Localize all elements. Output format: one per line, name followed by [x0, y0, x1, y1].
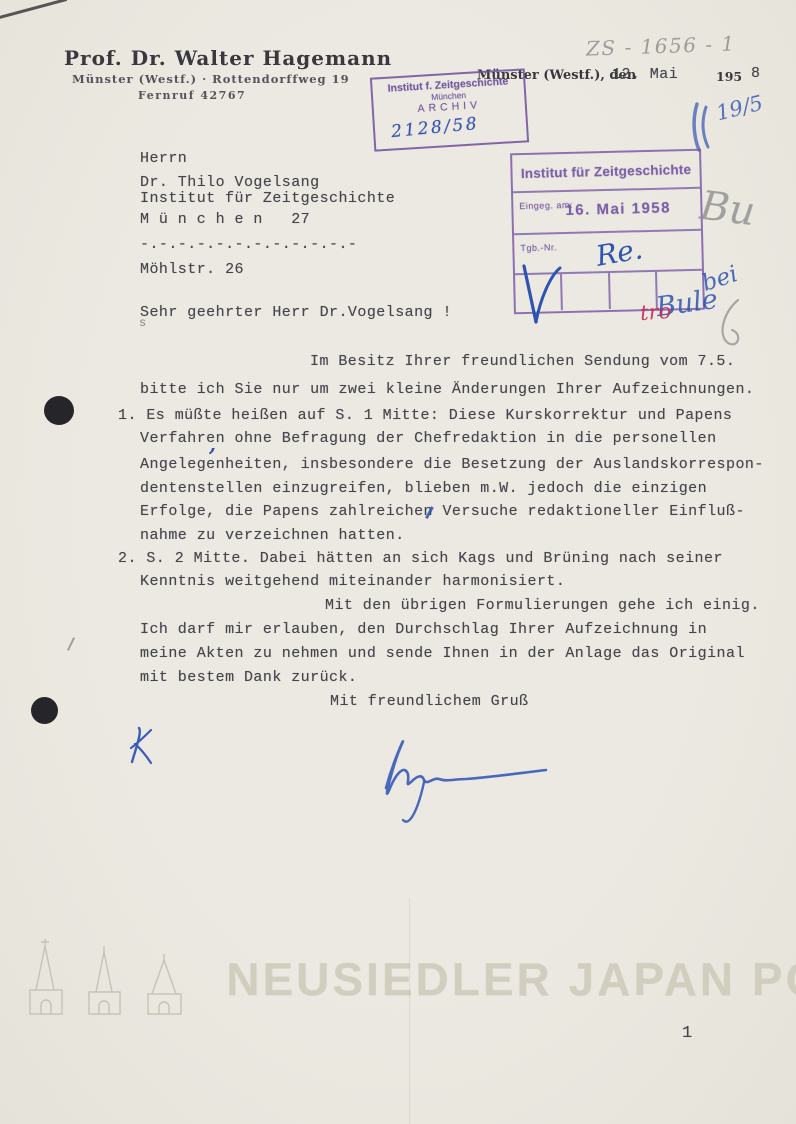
stamp-cell — [562, 273, 610, 310]
entry-stamp-received-row: Eingeg. am: 16. Mai 1958 — [513, 189, 701, 236]
letterhead-address: Münster (Westf.) · Rottendorffweg 19 — [72, 72, 350, 86]
fold-crease — [409, 898, 410, 1124]
archive-signature-note: ZS - 1656 - 1 — [586, 31, 736, 60]
journal-label: Tgb.-Nr. — [520, 242, 557, 253]
body-line: Angelegenheiten, insbesondere die Besetz… — [140, 456, 764, 473]
year-printed: 195 — [716, 69, 742, 84]
body-line: dentenstellen einzugreifen, blieben m.W.… — [140, 480, 707, 497]
blue-tick-mark — [688, 100, 716, 154]
letterhead-name: Prof. Dr. Walter Hagemann — [64, 46, 392, 70]
blue-date-note: 19/5 — [714, 91, 766, 126]
watermark-brand-text: NEUSIEDLER JAPAN POST — [226, 952, 796, 1006]
pencil-loop-mark — [712, 296, 746, 350]
page-number: 1 — [682, 1024, 693, 1043]
corner-crease-mark — [0, 0, 67, 21]
recipient-city: M ü n c h e n 27 — [140, 211, 310, 228]
pencil-initials-note: Bu — [697, 183, 757, 235]
body-line: 2. S. 2 Mitte. Dabei hätten an sich Kags… — [118, 550, 723, 567]
body-line: meine Akten zu nehmen und sende Ihnen in… — [140, 645, 745, 662]
body-line: 1. Es müßte heißen auf S. 1 Mitte: Diese… — [118, 407, 732, 424]
recipient-herrn: Herrn — [140, 150, 187, 167]
body-line: mit bestem Dank zurück. — [140, 669, 357, 686]
recipient-name: Dr. Thilo Vogelsang — [140, 174, 320, 191]
year-typed: 8 — [751, 65, 760, 82]
pencil-tick-mark — [67, 637, 75, 650]
body-line: Kenntnis weitgehend miteinander harmonis… — [140, 573, 565, 590]
date-typed: 12. Mai — [612, 66, 678, 83]
overstrike-char: s — [139, 316, 147, 330]
punch-hole — [44, 396, 74, 425]
signature-hagemann — [348, 724, 558, 834]
body-line: nahme zu verzeichnen hatten. — [140, 527, 405, 544]
body-line: Mit freundlichem Gruß — [330, 693, 528, 710]
body-line: Im Besitz Ihrer freundlichen Sendung vom… — [310, 353, 735, 370]
inserted-comma-mark: , — [209, 432, 216, 456]
entry-stamp-title: Institut für Zeitgeschichte — [512, 151, 700, 194]
recipient-street: Möhlstr. 26 — [140, 261, 244, 278]
body-line: bitte ich Sie nur um zwei kleine Änderun… — [140, 381, 754, 398]
archive-number-handwritten: 2128/58 — [390, 114, 480, 142]
watermark-church-icons — [18, 938, 218, 1020]
letter-page: Prof. Dr. Walter Hagemann Münster (Westf… — [0, 0, 796, 1124]
red-note: tro — [639, 299, 672, 325]
blue-paraph-mark — [514, 260, 568, 334]
salutation: Sehr geehrter Herr Dr.Vogelsang ! — [140, 304, 452, 321]
archive-stamp: Institut f. Zeitgeschichte München ARCHI… — [370, 68, 529, 151]
body-line: Ich darf mir erlauben, den Durchschlag I… — [140, 621, 707, 638]
body-line: Erfolge, die Papens zahlreichen Versuche… — [140, 503, 745, 520]
letterhead-phone: Fernruf 42767 — [138, 89, 246, 102]
body-line: Verfahren ohne Befragung der Chefredakti… — [140, 430, 717, 447]
body-line: Mit den übrigen Formulierungen gehe ich … — [325, 597, 760, 614]
recipient-separator: -.-.-.-.-.-.-.-.-.-.-.- — [140, 236, 357, 253]
punch-hole — [31, 697, 58, 724]
received-date-stamp: 16. Mai 1958 — [565, 199, 671, 219]
blue-margin-mark — [120, 722, 168, 770]
recipient-institute: Institut für Zeitgeschichte — [140, 190, 395, 207]
